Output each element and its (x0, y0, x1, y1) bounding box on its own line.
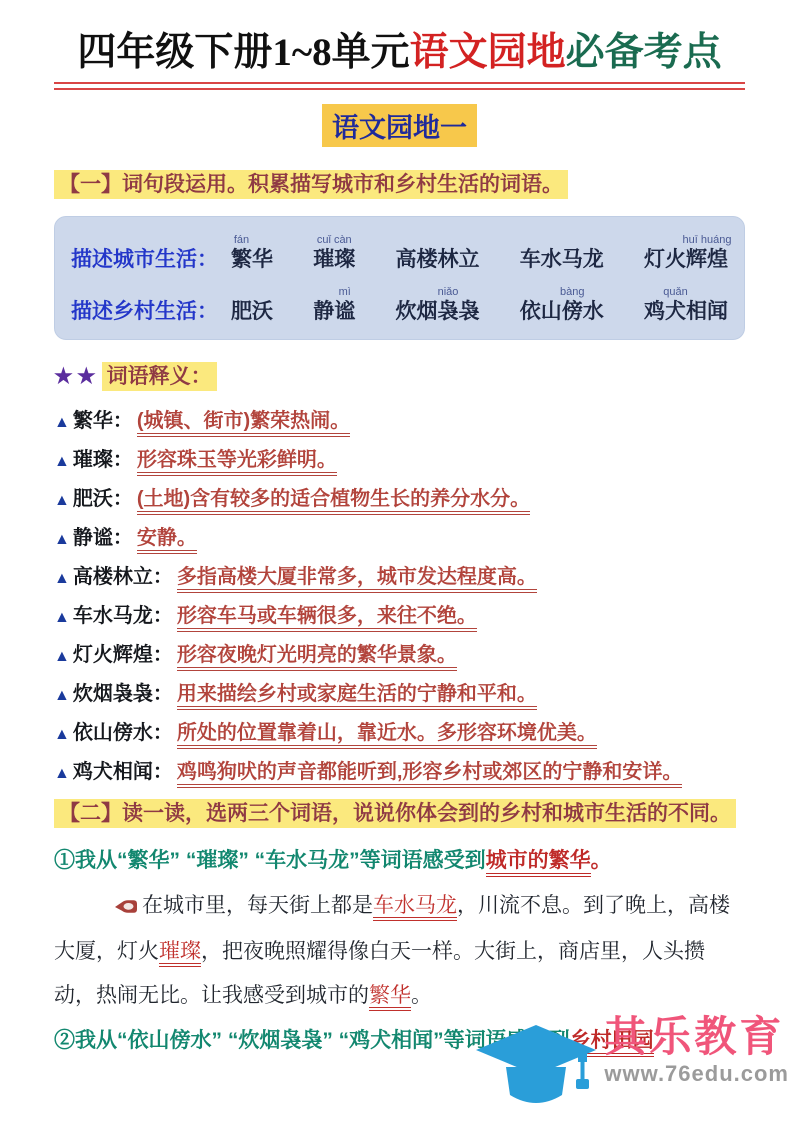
word-segment: 依山 (520, 295, 562, 325)
triangle-bullet-icon: ▲ (54, 570, 70, 587)
triangle-bullet-icon: ▲ (54, 531, 70, 548)
answer-point-1: ①我从“繁华” “璀璨” “车水马龙”等词语感受到城市的繁华。 (54, 845, 745, 877)
answer1-period: 。 (591, 849, 612, 872)
glossary-term: 依山傍水 (73, 722, 153, 744)
word-list: fán繁华cuǐ càn璀璨高楼林立车水马龙灯火huī huáng辉煌 (231, 243, 728, 273)
glossary-term: 炊烟袅袅 (73, 683, 153, 705)
glossary-definition: 形容车马或车辆很多，来往不绝。 (177, 605, 477, 632)
triangle-bullet-icon: ▲ (54, 492, 70, 509)
keyword-highlighted: 车水马龙 (373, 894, 457, 921)
word-segment: fán繁 (231, 243, 252, 273)
section2-heading-text: 【二】读一读，选两三个词语，说说你体会到的乡村和城市生活的不同。 (54, 799, 736, 828)
glossary-heading: ★★词语释义： (54, 360, 745, 390)
word-segment: 水 (583, 295, 604, 325)
glossary-entry: ▲璀璨：形容珠玉等光彩鲜明。 (54, 447, 745, 474)
glossary-heading-text: 词语释义： (102, 362, 217, 391)
triangle-bullet-icon: ▲ (54, 687, 70, 704)
vocab-word: fán繁华 (231, 243, 273, 273)
glossary-definition: (城镇、街市)繁荣热闹。 (137, 410, 350, 437)
glossary-colon: ： (153, 722, 173, 744)
glossary-definition: 所处的位置靠着山，靠近水。多形容环境优美。 (177, 722, 597, 749)
example-text: 在城市里，每天街上都是车水马龙，川流不息。到了晚上，高楼大厦，灯火璀璨，把夜晚照… (54, 894, 730, 1010)
section1-heading-text: 【一】词句段运用。积累描写城市和乡村生活的词语。 (54, 170, 568, 199)
glossary-entry: ▲炊烟袅袅：用来描绘乡村或家庭生活的宁静和平和。 (54, 681, 745, 708)
brand-name: 其乐教育 (604, 1015, 784, 1059)
page-title: 四年级下册1~8单元语文园地必备考点 (54, 30, 745, 77)
pinyin-annotation: niǎo (438, 286, 459, 298)
word-segment: 华 (252, 243, 273, 273)
glossary-definition: (土地)含有较多的适合植物生长的养分水分。 (137, 488, 530, 515)
vocab-word: cuǐ càn璀璨 (313, 243, 355, 273)
section2-heading: 【二】读一读，选两三个词语，说说你体会到的乡村和城市生活的不同。 (54, 798, 745, 830)
vocab-word: 高楼林立 (396, 243, 480, 273)
word-segment: 肥沃 (231, 295, 273, 325)
worksheet-page: 四年级下册1~8单元语文园地必备考点 语文园地一 【一】词句段运用。积累描写城市… (0, 0, 793, 1057)
word-segment: niǎo袅 (438, 295, 459, 325)
vocab-word: 静mì谧 (313, 295, 355, 325)
vocab-box: 描述城市生活：fán繁华cuǐ càn璀璨高楼林立车水马龙灯火huī huáng… (54, 216, 745, 340)
glossary-entry: ▲灯火辉煌：形容夜晚灯光明亮的繁华景象。 (54, 642, 745, 669)
glossary-entry: ▲依山傍水：所处的位置靠着山，靠近水。多形容环境优美。 (54, 720, 745, 747)
glossary-entry: ▲繁华：(城镇、街市)繁荣热闹。 (54, 408, 745, 435)
glossary-term: 静谧 (73, 527, 113, 549)
glossary-definition: 多指高楼大厦非常多，城市发达程度高。 (177, 566, 537, 593)
word-segment: mì谧 (334, 295, 355, 325)
triangle-bullet-icon: ▲ (54, 609, 70, 626)
vocab-word: 灯火huī huáng辉煌 (644, 243, 728, 273)
triangle-bullet-icon: ▲ (54, 414, 70, 431)
pinyin-annotation: mì (339, 286, 351, 298)
pinyin-annotation: fán (234, 234, 249, 246)
word-segment: 车水马龙 (520, 243, 604, 273)
plain-text: 在城市里，每天街上都是 (142, 894, 373, 917)
glossary-entry: ▲车水马龙：形容车马或车辆很多，来往不绝。 (54, 603, 745, 630)
example-paragraph: 在城市里，每天街上都是车水马龙，川流不息。到了晚上，高楼大厦，灯火璀璨，把夜晚照… (54, 884, 745, 1017)
word-row: 描述乡村生活：肥沃静mì谧炊烟niǎo袅袅依山bàng傍水鸡quǎn犬相闻 (71, 273, 728, 325)
keyword-highlighted: 璀璨 (159, 940, 201, 967)
word-segment: 袅 (459, 295, 480, 325)
glossary-definition: 形容夜晚灯光明亮的繁华景象。 (177, 644, 457, 671)
word-segment: 炊烟 (396, 295, 438, 325)
answer1-highlight: 城市的繁华 (486, 849, 591, 877)
glossary-list: ▲繁华：(城镇、街市)繁荣热闹。▲璀璨：形容珠玉等光彩鲜明。▲肥沃：(土地)含有… (54, 408, 745, 786)
word-segment: 灯火 (644, 243, 686, 273)
title-part-keypoints: 必备考点 (566, 31, 722, 74)
vocab-word: 炊烟niǎo袅袅 (396, 295, 480, 325)
glossary-entry: ▲高楼林立：多指高楼大厦非常多，城市发达程度高。 (54, 564, 745, 591)
triangle-bullet-icon: ▲ (54, 648, 70, 665)
triangle-bullet-icon: ▲ (54, 453, 70, 470)
glossary-definition: 鸡鸣狗吠的声音都能听到,形容乡村或郊区的宁静和安详。 (177, 761, 683, 788)
pinyin-annotation: quǎn (663, 286, 687, 298)
word-segment: 静 (313, 295, 334, 325)
row-label: 描述乡村生活： (71, 295, 231, 325)
glossary-term: 高楼林立 (73, 566, 153, 588)
glossary-term: 鸡犬相闻 (73, 761, 153, 783)
glossary-definition: 形容珠玉等光彩鲜明。 (137, 449, 337, 476)
glossary-colon: ： (113, 488, 133, 510)
title-part-unit: 四年级下册1~8单元 (77, 31, 409, 74)
pinyin-annotation: bàng (560, 286, 584, 298)
star-icons: ★★ (54, 365, 100, 388)
pinyin-annotation: cuǐ càn (317, 234, 352, 246)
footer-logo-text: 其乐教育 www.76edu.com (604, 1015, 789, 1087)
glossary-colon: ： (153, 644, 173, 666)
answer1-lead: ①我从“繁华” “璀璨” “车水马龙”等词语感受到 (54, 849, 486, 872)
word-segment: cuǐ càn璀璨 (313, 243, 355, 273)
title-part-topic: 语文园地 (410, 31, 566, 74)
glossary-colon: ： (153, 605, 173, 627)
word-row: 描述城市生活：fán繁华cuǐ càn璀璨高楼林立车水马龙灯火huī huáng… (71, 221, 728, 273)
word-segment: huī huáng辉煌 (686, 243, 728, 273)
glossary-definition: 安静。 (137, 527, 197, 554)
vocab-word: 鸡quǎn犬相闻 (644, 295, 728, 325)
word-segment: 鸡 (644, 295, 665, 325)
glossary-term: 肥沃 (73, 488, 113, 510)
word-segment: bàng傍 (562, 295, 583, 325)
glossary-entry: ▲静谧：安静。 (54, 525, 745, 552)
pointing-hand-icon (84, 886, 138, 930)
glossary-definition: 用来描绘乡村或家庭生活的宁静和平和。 (177, 683, 537, 710)
word-segment: 高楼林立 (396, 243, 480, 273)
row-label: 描述城市生活： (71, 243, 231, 273)
word-segment: 相闻 (686, 295, 728, 325)
triangle-bullet-icon: ▲ (54, 726, 70, 743)
word-segment: quǎn犬 (665, 295, 686, 325)
pinyin-annotation: huī huáng (683, 234, 732, 246)
section1-heading: 【一】词句段运用。积累描写城市和乡村生活的词语。 (54, 169, 745, 201)
vocab-word: 肥沃 (231, 295, 273, 325)
glossary-term: 灯火辉煌 (73, 644, 153, 666)
glossary-colon: ： (153, 566, 173, 588)
plain-text: 。 (411, 984, 432, 1007)
word-list: 肥沃静mì谧炊烟niǎo袅袅依山bàng傍水鸡quǎn犬相闻 (231, 295, 728, 325)
keyword-highlighted: 繁华 (369, 984, 411, 1011)
brand-url: www.76edu.com (604, 1061, 789, 1087)
glossary-colon: ： (153, 761, 173, 783)
glossary-colon: ： (153, 683, 173, 705)
title-double-underline (54, 82, 745, 90)
triangle-bullet-icon: ▲ (54, 765, 70, 782)
glossary-colon: ： (113, 449, 133, 471)
vocab-word: 依山bàng傍水 (520, 295, 604, 325)
glossary-term: 繁华 (73, 410, 113, 432)
glossary-colon: ： (113, 527, 133, 549)
graduation-cap-icon (474, 1023, 602, 1116)
footer-logo: 其乐教育 www.76edu.com (474, 1015, 789, 1116)
glossary-entry: ▲鸡犬相闻：鸡鸣狗吠的声音都能听到,形容乡村或郊区的宁静和安详。 (54, 759, 745, 786)
glossary-term: 车水马龙 (73, 605, 153, 627)
glossary-entry: ▲肥沃：(土地)含有较多的适合植物生长的养分水分。 (54, 486, 745, 513)
glossary-colon: ： (113, 410, 133, 432)
subtitle-badge: 语文园地一 (322, 104, 477, 147)
vocab-word: 车水马龙 (520, 243, 604, 273)
subtitle-row: 语文园地一 (54, 104, 745, 147)
glossary-term: 璀璨 (73, 449, 113, 471)
